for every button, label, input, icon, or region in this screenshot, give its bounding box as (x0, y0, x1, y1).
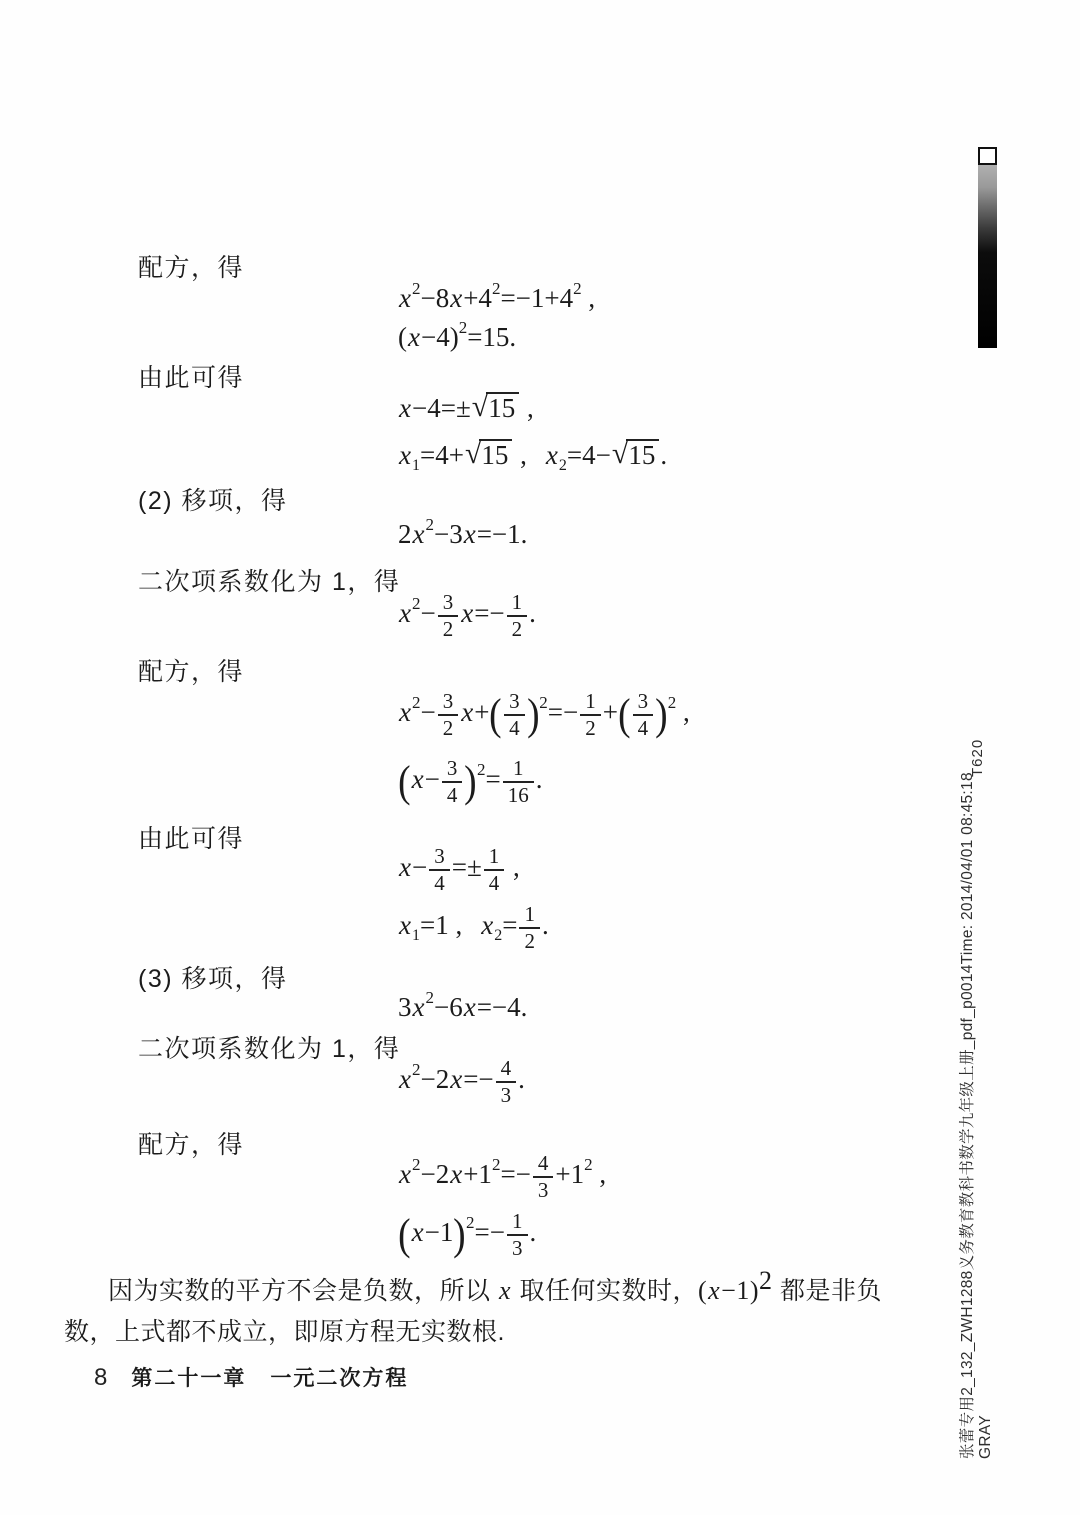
math-fraction: 13 (507, 1210, 528, 1260)
math-variable: x (398, 1064, 412, 1094)
math-text: +1 (463, 1159, 492, 1189)
math-text: − (420, 598, 435, 628)
math-superscript: 2 (477, 760, 486, 779)
step-label: 由此可得 (138, 819, 244, 855)
math-variable: x (460, 598, 474, 628)
equation-line: x−34=±14 , (398, 845, 520, 895)
math-text: = (486, 764, 501, 794)
equation-line: (x−34)2=116. (398, 757, 543, 807)
fraction-numerator: 1 (503, 757, 534, 783)
math-variable: x (463, 992, 477, 1022)
fraction-numerator: 1 (519, 903, 540, 929)
math-variable: x (449, 283, 463, 313)
math-subscript: 1 (412, 927, 420, 944)
fraction-numerator: 3 (438, 591, 459, 617)
fraction-denominator: 4 (429, 871, 450, 895)
math-text: + (474, 697, 489, 727)
math-text: =± (452, 852, 482, 882)
math-variable: x (460, 697, 474, 727)
calibration-bar-white-box (978, 147, 997, 165)
fraction-denominator: 3 (507, 1236, 528, 1260)
math-fraction: 43 (496, 1057, 517, 1107)
math-text: . (536, 764, 543, 794)
math-parenthesis: ) (464, 763, 476, 800)
math-text: − (420, 697, 435, 727)
math-variable: x (480, 910, 494, 940)
math-parenthesis: ) (527, 696, 539, 733)
math-text: =−1. (477, 519, 528, 549)
fraction-denominator: 2 (438, 617, 459, 641)
math-text: =− (475, 1217, 505, 1247)
print-calibration-bar (978, 147, 997, 348)
math-fraction: 12 (507, 591, 528, 641)
chapter-title: 一元二次方程 (270, 1362, 408, 1392)
calibration-bar-gradient (978, 165, 997, 348)
fraction-numerator: 4 (496, 1057, 517, 1083)
scanned-textbook-page: 配方，得x2−8x+42=−1+42 ,(x−4)2=15.由此可得x−4=±√… (0, 0, 1080, 1515)
watermark-gray-label: GRAY (977, 772, 995, 1459)
equation-line: x1=1 ,x2=12. (398, 903, 549, 953)
math-text: −4=± (412, 393, 471, 423)
step-label: 配方，得 (138, 652, 244, 688)
equation-line: 2x2−3x=−1. (398, 517, 527, 551)
math-fraction: 14 (484, 845, 505, 895)
math-text: −1) (721, 1276, 759, 1305)
fraction-numerator: 1 (507, 1210, 528, 1236)
math-text: =− (548, 697, 578, 727)
math-superscript: 2 (425, 988, 434, 1007)
math-text: −2 (420, 1159, 449, 1189)
fraction-denominator: 4 (442, 783, 463, 807)
math-text: = (502, 910, 517, 940)
math-text: 3 (398, 992, 412, 1022)
equation-line: x2−2x+12=−43+12 , (398, 1152, 606, 1202)
math-parenthesis: ( (398, 1216, 410, 1253)
math-superscript: 2 (668, 693, 677, 712)
math-text: , (582, 283, 596, 313)
body-paragraph: 因为实数的平方不会是负数，所以 x 取任何实数时，(x−1)2 都是非负数，上式… (64, 1270, 884, 1353)
radicand: 15 (486, 392, 519, 422)
step-label: 二次项系数化为 1，得 (138, 1029, 400, 1065)
math-text: −4) (421, 322, 459, 352)
math-square-root: √15 (472, 391, 519, 425)
math-variable: x (412, 992, 426, 1022)
math-text: +1 (555, 1159, 584, 1189)
math-text: , (593, 1159, 607, 1189)
fraction-numerator: 3 (429, 845, 450, 871)
math-text: =1 , (420, 910, 462, 940)
fraction-denominator: 4 (504, 716, 525, 740)
math-subscript: 1 (412, 457, 420, 474)
math-subscript: 2 (494, 927, 502, 944)
cjk-text: 取任何实数时， (512, 1277, 698, 1305)
math-variable: x (545, 440, 559, 470)
step-label: 二次项系数化为 1，得 (138, 562, 400, 598)
math-text: =−1+4 (500, 283, 573, 313)
chapter-label: 第二十一章 (131, 1362, 246, 1392)
math-text: =− (463, 1064, 493, 1094)
cjk-text: 因为实数的平方不会是负数，所以 (108, 1277, 498, 1305)
math-variable: x (398, 697, 412, 727)
math-text: =− (500, 1159, 530, 1189)
math-square-root: √15 (612, 438, 659, 472)
step-label: 由此可得 (138, 358, 244, 394)
math-text: =4− (567, 440, 611, 470)
equation-line: x2−32x+(34)2=−12+(34)2 , (398, 690, 690, 740)
math-variable: x (398, 852, 412, 882)
math-variable: x (449, 1064, 463, 1094)
equation-line: 3x2−6x=−4. (398, 990, 527, 1024)
math-text: −2 (420, 1064, 449, 1094)
math-fraction: 32 (438, 690, 459, 740)
math-fraction: 116 (503, 757, 534, 807)
math-variable: x (398, 393, 412, 423)
math-text: −6 (434, 992, 463, 1022)
math-parenthesis: ( (618, 696, 630, 733)
math-fraction: 12 (580, 690, 601, 740)
math-parenthesis: ( (398, 763, 410, 800)
equation-line: (x−1)2=−13. (398, 1210, 536, 1260)
watermark-line: 张蕾专用2_132_ZWH1288义务教育教科书数学九年级上册_pdf_p001… (959, 772, 977, 1459)
math-variable: x (449, 1159, 463, 1189)
math-text: , (513, 440, 527, 470)
math-text: , (676, 697, 690, 727)
math-text: −8 (420, 283, 449, 313)
fraction-denominator: 2 (580, 716, 601, 740)
step-label: 配方，得 (138, 248, 244, 284)
math-variable: x (412, 519, 426, 549)
radicand: 15 (626, 439, 659, 469)
math-text: −3 (434, 519, 463, 549)
math-text: , (506, 852, 520, 882)
equation-line: (x−4)2=15. (398, 320, 516, 354)
math-variable: x (411, 1217, 425, 1247)
radical-sign-icon: √ (465, 437, 481, 471)
math-subscript: 2 (559, 457, 567, 474)
fraction-denominator: 2 (519, 929, 540, 953)
math-fraction: 34 (633, 690, 654, 740)
math-fraction: 32 (438, 591, 459, 641)
math-parenthesis: ( (490, 696, 502, 733)
step-label: (3) 移项，得 (138, 959, 288, 995)
equation-line: x1=4+√15 ,x2=4−√15. (398, 438, 667, 472)
math-variable: x (398, 598, 412, 628)
fraction-numerator: 3 (504, 690, 525, 716)
fraction-denominator: 4 (633, 716, 654, 740)
math-variable: x (398, 1159, 412, 1189)
math-text: , (520, 393, 534, 423)
math-text: ( (698, 1276, 707, 1305)
math-fraction: 34 (429, 845, 450, 895)
math-variable: x (707, 1276, 721, 1305)
math-text: . (660, 440, 667, 470)
page-number: 8 (94, 1364, 107, 1392)
math-square-root: √15 (465, 438, 512, 472)
math-text: 2 (398, 519, 412, 549)
math-superscript: 2 (425, 515, 434, 534)
equation-line: x2−2x=−43. (398, 1057, 525, 1107)
math-fraction: 34 (504, 690, 525, 740)
equation-line: x2−32x=−12. (398, 591, 536, 641)
math-text: =15. (467, 322, 516, 352)
math-text: . (542, 910, 549, 940)
step-label: (2) 移项，得 (138, 481, 288, 517)
radical-sign-icon: √ (612, 437, 628, 471)
page-footer: 8 第二十一章 一元二次方程 (94, 1362, 408, 1392)
math-text: − (425, 764, 440, 794)
math-variable: x (398, 910, 412, 940)
fraction-denominator: 2 (438, 716, 459, 740)
fraction-denominator: 3 (496, 1083, 517, 1107)
math-text: +4 (463, 283, 492, 313)
math-variable: x (398, 283, 412, 313)
fraction-numerator: 4 (533, 1152, 554, 1178)
math-variable: x (463, 519, 477, 549)
fraction-numerator: 1 (507, 591, 528, 617)
math-text: =−4. (477, 992, 528, 1022)
math-text: . (518, 1064, 525, 1094)
fraction-numerator: 3 (633, 690, 654, 716)
math-variable: x (398, 440, 412, 470)
equation-line: x2−8x+42=−1+42 , (398, 281, 595, 315)
fraction-denominator: 16 (503, 783, 534, 807)
math-text: ( (398, 322, 407, 352)
math-superscript: 2 (459, 318, 468, 337)
fraction-denominator: 2 (507, 617, 528, 641)
math-text: . (530, 1217, 537, 1247)
math-text: + (603, 697, 618, 727)
math-fraction: 34 (442, 757, 463, 807)
math-variable: x (407, 322, 421, 352)
fraction-numerator: 1 (484, 845, 505, 871)
math-superscript: 2 (466, 1213, 475, 1232)
math-superscript: 2 (584, 1155, 593, 1174)
fraction-denominator: 4 (484, 871, 505, 895)
math-text: =4+ (420, 440, 464, 470)
radical-sign-icon: √ (472, 390, 488, 424)
fraction-denominator: 3 (533, 1178, 554, 1202)
math-text: − (412, 852, 427, 882)
math-variable: x (498, 1276, 512, 1305)
fraction-numerator: 1 (580, 690, 601, 716)
radicand: 15 (479, 439, 512, 469)
fraction-numerator: 3 (438, 690, 459, 716)
math-variable: x (411, 764, 425, 794)
math-superscript: 2 (759, 1266, 773, 1295)
math-parenthesis: ) (655, 696, 667, 733)
math-parenthesis: ) (453, 1216, 465, 1253)
watermark: 张蕾专用2_132_ZWH1288义务教育教科书数学九年级上册_pdf_p001… (959, 772, 995, 1459)
math-text: −1 (425, 1217, 454, 1247)
math-superscript: 2 (573, 279, 582, 298)
fraction-numerator: 3 (442, 757, 463, 783)
math-superscript: 2 (539, 693, 548, 712)
math-text: =− (474, 598, 504, 628)
equation-line: x−4=±√15 , (398, 391, 534, 425)
math-fraction: 12 (519, 903, 540, 953)
math-fraction: 43 (533, 1152, 554, 1202)
step-label: 配方，得 (138, 1125, 244, 1161)
math-text: . (529, 598, 536, 628)
